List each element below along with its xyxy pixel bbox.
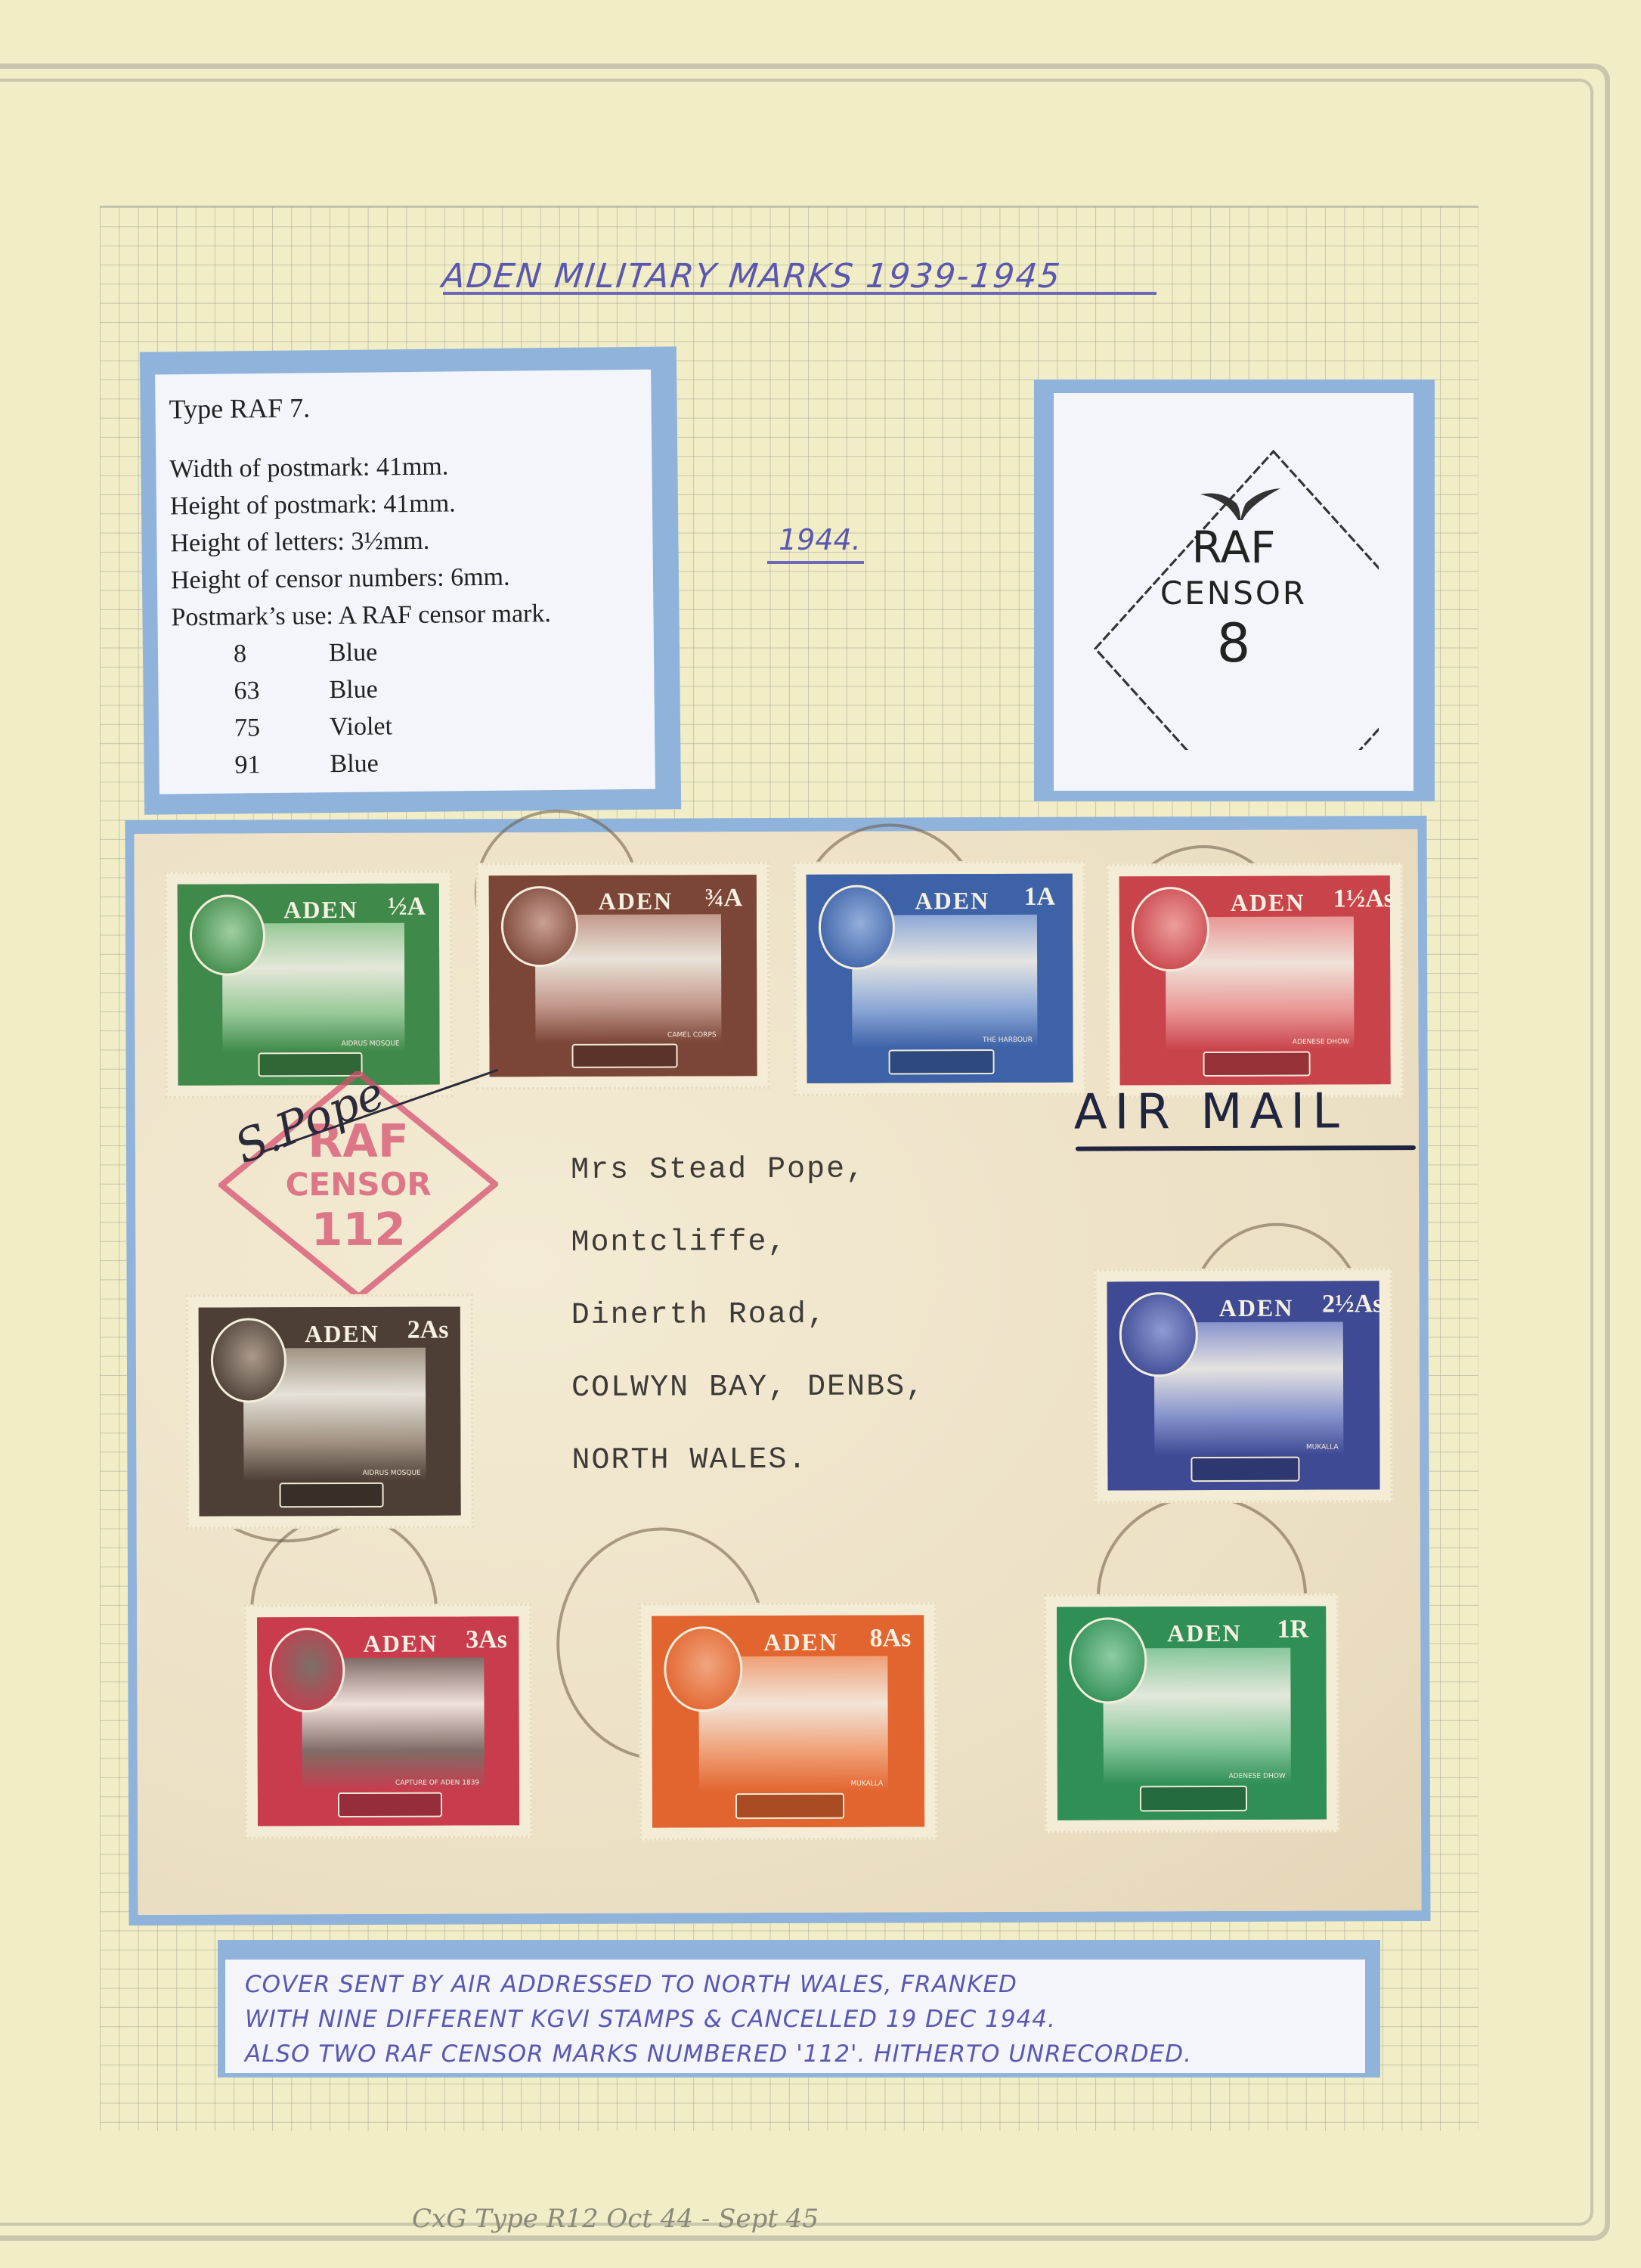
description-note: COVER SENT BY AIR ADDRESSED TO NORTH WAL… [225,1960,1365,2073]
censor-number: 63 [172,671,330,710]
stamp-country: ADEN [1203,888,1333,917]
spec-line: Width of postmark: 41mm. [169,446,652,488]
stamp-value: ¾A [700,885,747,911]
stamp-design: ADEN 2As AIDRUS MOSQUE [199,1306,461,1516]
stamp-country: ADEN [571,888,700,916]
title-underline [443,292,1156,295]
stamp-native-value [280,1483,384,1508]
censor-number: 8 [1054,612,1413,674]
stamp-native-value [1203,1051,1311,1077]
note-line: WITH NINE DIFFERENT KGVI STAMPS & CANCEL… [245,2002,1365,2037]
censor-label: CENSOR [1054,575,1413,612]
stamp-country: ADEN [735,1628,867,1656]
stamp-native-value [1191,1456,1299,1482]
spec-line: Height of censor numbers: 6mm. [171,557,653,600]
stamp-caption: CAPTURE OF ADEN 1839 [395,1780,479,1787]
address-block: Mrs Stead Pope, Montcliffe, Dinerth Road… [571,1133,926,1498]
raf-mark-mount: RAF CENSOR 8 [1034,380,1435,801]
stamp-country: ADEN [279,1319,405,1348]
stamp-three-quarter-anna: ADEN ¾A CAMEL CORPS [476,862,770,1089]
pencil-annotation: CxG Type R12 Oct 44 - Sept 45 [412,2204,819,2234]
censor-number: 112 [218,1203,498,1256]
stamp-country: ADEN [337,1629,463,1658]
note-mount: COVER SENT BY AIR ADDRESSED TO NORTH WAL… [218,1940,1380,2077]
stamp-one-anna: ADEN 1A THE HARBOUR [794,861,1086,1096]
ink-color: Violet [330,708,392,745]
stamp-design: ADEN ¾A CAMEL CORPS [489,875,757,1077]
stamp-value: 1½As [1333,886,1380,912]
usage-row: 8Blue [172,631,654,674]
stamp-three-annas: ADEN 3As CAPTURE OF ADEN 1839 [244,1603,532,1839]
airmail-label: AIR MAIL [1074,1083,1347,1140]
stamp-caption: CAMEL CORPS [667,1031,717,1039]
page-title: ADEN MILITARY MARKS 1939-1945 [440,257,1063,296]
stamp-value: 8As [867,1625,915,1651]
stamp-design: ADEN 1A THE HARBOUR [807,874,1073,1083]
king-portrait [501,886,578,968]
spec-line: Height of postmark: 41mm. [170,483,652,525]
king-portrait [1132,887,1209,971]
stamp-native-value [571,1043,678,1067]
stamp-design: ADEN ½A AIDRUS MOSQUE [178,884,440,1086]
stamp-design: ADEN 1R ADENESE DHOW [1057,1606,1327,1820]
raf-mark-card: RAF CENSOR 8 [1054,393,1413,791]
stamp-caption: MUKALLA [1306,1444,1339,1452]
stamp-value: ½A [384,894,429,919]
stamp-caption: MUKALLA [851,1780,884,1788]
cover-mount: ADEN ½A AIDRUS MOSQUE ADEN ¾A CAMEL CORP… [125,816,1430,1926]
spec-line: Height of letters: 3½mm. [170,520,652,562]
stamp-one-half-anna: ADEN 1½As ADENESE DHOW [1107,863,1404,1098]
usage-row: 75Violet [172,705,655,748]
stamp-design: ADEN 2½As MUKALLA [1107,1281,1380,1490]
stamp-design: ADEN 1½As ADENESE DHOW [1119,875,1391,1085]
spec-line: Postmark’s use: A RAF censor mark. [171,594,653,637]
censor-number: 75 [172,708,330,747]
usage-row: 91Blue [172,742,655,785]
stamp-caption: THE HARBOUR [983,1036,1033,1044]
stamp-caption: ADENESE DHOW [1229,1773,1286,1780]
stamp-caption: AIDRUS MOSQUE [363,1470,421,1477]
censor-number: 8 [172,634,330,673]
stamp-native-value [889,1049,995,1075]
usage-row: 63Blue [172,668,654,711]
king-portrait [1069,1617,1147,1703]
king-portrait [190,894,265,976]
stamp-value: 1A [1017,885,1063,910]
address-line: Montcliffe, [571,1206,924,1280]
address-line: NORTH WALES. [571,1424,925,1498]
stamp-caption: AIDRUS MOSQUE [342,1040,400,1048]
stamp-one-rupee: ADEN 1R ADENESE DHOW [1044,1593,1339,1833]
stamp-value: 2½As [1322,1291,1370,1317]
address-line: COLWYN BAY, DENBS, [571,1351,925,1425]
stamp-country: ADEN [888,886,1017,915]
stamp-value: 3As [463,1627,509,1653]
stamp-value: 2As [405,1317,451,1343]
ink-color: Blue [330,745,379,782]
ink-color: Blue [329,671,378,708]
envelope-cover: ADEN ½A AIDRUS MOSQUE ADEN ¾A CAMEL CORP… [135,829,1422,1915]
stamp-eight-annas: ADEN 8As MUKALLA [639,1602,937,1840]
stamp-two-annas: ADEN 2As AIDRUS MOSQUE [186,1294,474,1529]
airmail-underline [1076,1145,1416,1151]
censor-label: CENSOR [218,1165,498,1203]
king-portrait [1119,1292,1198,1377]
stamp-native-value [338,1792,442,1817]
info-card-mount: Type RAF 7. Width of postmark: 41mm. Hei… [140,346,681,814]
info-card: Type RAF 7. Width of postmark: 41mm. Hei… [155,370,655,795]
stamp-half-anna: ADEN ½A AIDRUS MOSQUE [165,871,453,1098]
note-line: ALSO TWO RAF CENSOR MARKS NUMBERED '112'… [245,2037,1365,2071]
king-portrait [269,1628,345,1712]
stamp-country: ADEN [1139,1619,1269,1648]
king-portrait [819,885,896,969]
address-line: Dinerth Road, [571,1278,925,1352]
stamp-design: ADEN 3As CAPTURE OF ADEN 1839 [257,1616,519,1826]
raf-label: RAF [1054,522,1413,573]
address-line: Mrs Stead Pope, [571,1133,924,1207]
stamp-native-value [1140,1786,1247,1811]
censor-number: 91 [172,745,330,784]
stamp-native-value [735,1793,844,1819]
king-portrait [664,1626,743,1712]
ink-color: Blue [329,634,378,671]
stamp-country: ADEN [1190,1294,1322,1322]
raf-eagle-icon [1199,487,1282,523]
stamp-value: 1R [1269,1617,1316,1643]
note-line: COVER SENT BY AIR ADDRESSED TO NORTH WAL… [245,1967,1365,2002]
postmark-type: Type RAF 7. [169,386,651,429]
stamp-country: ADEN [258,896,384,925]
king-portrait [211,1318,286,1402]
year-underline [767,561,864,564]
stamp-design: ADEN 8As MUKALLA [652,1615,924,1827]
stamp-caption: ADENESE DHOW [1293,1038,1349,1046]
year-label: 1944. [779,523,861,556]
stamp-two-half-annas: ADEN 2½As MUKALLA [1095,1268,1393,1503]
